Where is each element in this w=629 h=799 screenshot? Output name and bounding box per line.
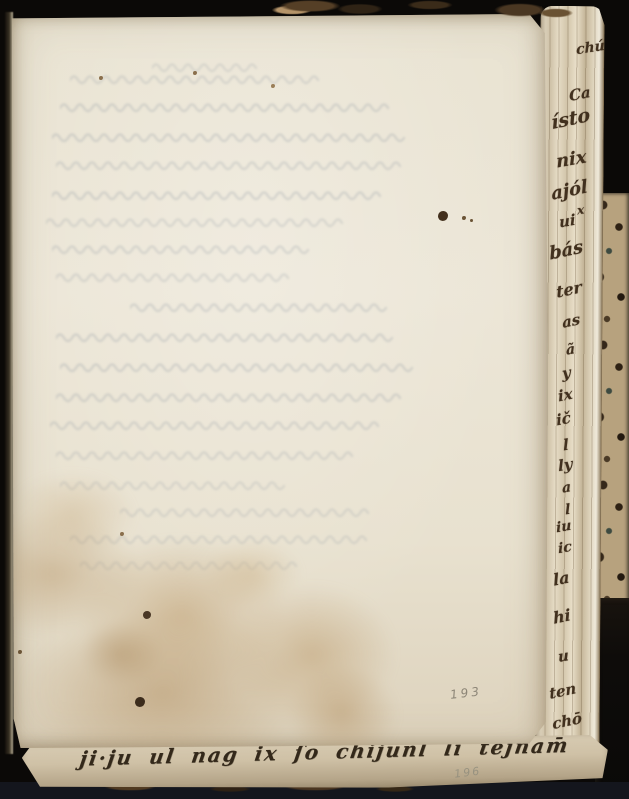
manuscript-scan: ji·ju ul nag ix ſo chijunl li tējnam̄ 19… [0, 0, 629, 799]
manuscript-page: 193 [12, 14, 548, 748]
edge-text-fragment: l [564, 502, 570, 519]
edge-text-fragment: ã [566, 341, 576, 359]
edge-text-fragment: ui [558, 211, 576, 232]
ink-spot [120, 532, 124, 536]
edge-text-fragment: hi [552, 605, 571, 628]
edge-text-fragment: as [561, 310, 581, 332]
ink-spot [193, 71, 197, 75]
ink-spot [18, 650, 22, 654]
ink-spot [143, 611, 151, 619]
ink-spot [99, 76, 103, 80]
ink-spots-layer [12, 14, 548, 748]
binding-gutter-shadow [5, 12, 13, 754]
edge-text-fragment: x [577, 202, 585, 217]
edge-text-fragment: iu [556, 518, 572, 537]
ink-spot [135, 697, 145, 707]
edge-text-fragment: y [561, 363, 571, 383]
edge-text-fragment: a [562, 479, 572, 497]
edge-text-fragment: la [552, 567, 570, 589]
edge-text-fragment: ic [558, 539, 573, 557]
edge-text-fragment: u [557, 646, 569, 666]
edge-text-fragment: ič [555, 408, 571, 429]
pencil-number-196: 196 [454, 764, 482, 780]
ink-spot [470, 219, 473, 222]
edge-text-fragment: ix [557, 384, 573, 405]
ink-spot [462, 216, 466, 220]
ink-spot [438, 211, 448, 221]
edge-text-fragment: ly [557, 455, 572, 476]
binding-tatters [0, 0, 629, 22]
edge-text-fragment: l [562, 435, 569, 454]
ink-spot [271, 84, 275, 88]
